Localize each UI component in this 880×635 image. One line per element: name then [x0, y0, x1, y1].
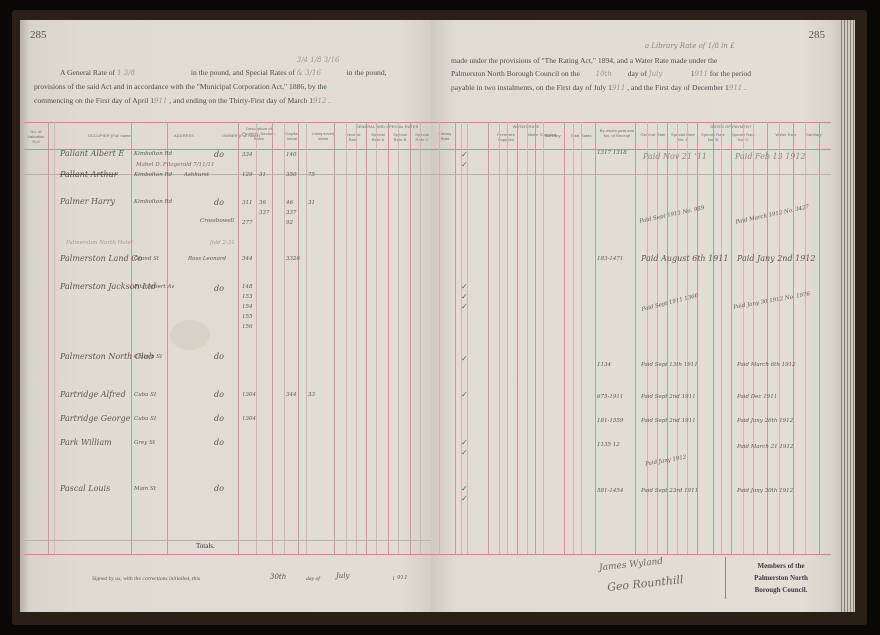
- cell-value: 140: [286, 152, 297, 158]
- address: Grey St: [134, 440, 155, 446]
- heading-text: for the period: [710, 69, 751, 78]
- cell-value: 148: [242, 284, 253, 290]
- payment-date-second: Paid Jany 26th 1912: [737, 418, 793, 424]
- col-line: [543, 122, 544, 555]
- address: Kimbolton Rd: [134, 199, 172, 205]
- check-mark-icon: ✓: [461, 390, 468, 399]
- cell-value: 33: [308, 392, 315, 398]
- payment-date-first: Paid Nov 21 '11: [643, 152, 707, 161]
- heading-text: payable in two instalments, on the First…: [451, 83, 612, 92]
- payment-date-second: Paid March 1912 No. 3427: [735, 204, 810, 225]
- cell-value: 344: [286, 392, 297, 398]
- check-mark-icon: ✓: [461, 484, 468, 493]
- row-separator: [24, 540, 431, 541]
- instalment-1-year: 911: [612, 84, 625, 92]
- members-text: Members of the Palmerston North Borough …: [731, 560, 831, 596]
- address: Cuba St: [134, 392, 156, 398]
- year-end-value: 912: [313, 97, 326, 105]
- col-line: [376, 122, 377, 555]
- general-rate-value: 1 3/8: [117, 67, 189, 80]
- payment-date-first: Paid Sept 23rd 1911: [641, 488, 698, 494]
- check-mark-icon: ✓: [461, 302, 468, 311]
- cell-value: 154: [242, 304, 253, 310]
- col-line: [298, 122, 299, 555]
- occupier-name: Pascal Louis: [60, 484, 110, 493]
- totals-line: [24, 554, 431, 555]
- owner-name: Ashhurst: [184, 172, 209, 178]
- row-note: fold 2-31: [210, 240, 235, 246]
- heading-text: in the pound, and Special Rates of: [191, 68, 295, 77]
- payment-date-second: Paid March 21 1912: [737, 444, 793, 450]
- left-column-header: No. of Valuation Roll OCCUPIER (Full nam…: [24, 122, 431, 150]
- cell-value: 46: [286, 200, 293, 206]
- col-header-special-b: Special Rate B: [390, 132, 410, 142]
- receipt-number: 1317 1318: [597, 150, 627, 156]
- col-header-pay-special-a: Special Rate No. A: [669, 132, 697, 142]
- cell-value: 337: [259, 210, 270, 216]
- members-line: Borough Council.: [731, 584, 831, 596]
- col-line: [499, 122, 500, 555]
- check-mark-icon: ✓: [461, 292, 468, 301]
- owner-name: Ross Leonard: [188, 256, 226, 262]
- owner-name: do: [214, 484, 224, 493]
- cell-value: 92: [286, 220, 293, 226]
- payment-date-first: Paid August 6th 1911: [641, 254, 728, 263]
- left-page: 285 A General Rate of 1 3/8 in the pound…: [20, 20, 431, 612]
- cell-value: 1304: [242, 392, 256, 398]
- col-line: [581, 122, 582, 555]
- occupier-name: Pallant Arthur: [60, 170, 118, 179]
- year-start-value: 911: [154, 97, 167, 105]
- address: Kimbolton Rd: [134, 172, 172, 178]
- payment-date-first: Paid Sept 1911 No. 989: [639, 205, 705, 225]
- paper-stain: [170, 320, 210, 350]
- signed-day-of: day of: [306, 576, 320, 582]
- address: Grand St: [134, 256, 159, 262]
- col-line: [595, 122, 596, 555]
- receipt-number: 675-1911: [597, 394, 623, 400]
- receipt-number: 1135 12: [597, 442, 620, 448]
- payment-date-second: Paid March 6th 1912: [737, 362, 796, 368]
- page-edges: [839, 20, 855, 612]
- col-line: [410, 122, 411, 555]
- col-line: [284, 122, 285, 555]
- col-line: [819, 122, 820, 555]
- signed-year-prefix: 1: [392, 576, 395, 582]
- col-line: [256, 122, 257, 555]
- heading-text: day of: [628, 69, 647, 78]
- special-rates-value: 3/4 1/8 3/16 & 3/16: [297, 54, 345, 80]
- signed-year: 911: [397, 575, 408, 581]
- payment-date-first: Paid Jany 1912: [645, 454, 687, 467]
- group-header-water: WATER RATE: [491, 124, 561, 129]
- instalment-2-year: 911: [729, 84, 742, 92]
- occupier-name: Palmerston Land Co: [60, 254, 142, 263]
- check-mark-icon: ✓: [461, 448, 468, 457]
- heading-text: commencing on the First day of April 1: [34, 96, 154, 105]
- receipt-number: 1134: [597, 362, 611, 368]
- cell-value: 75: [308, 172, 315, 178]
- col-line: [507, 122, 508, 555]
- cell-value: 3326: [286, 256, 300, 262]
- check-mark-icon: ✓: [461, 438, 468, 447]
- address: Cuba St: [134, 416, 156, 422]
- owner-name: do: [214, 150, 224, 159]
- address: Kimbolton Rd: [134, 151, 172, 157]
- right-heading: made under the provisions of "The Rating…: [451, 54, 821, 96]
- col-line: [48, 122, 49, 555]
- heading-text: Palmerston North Borough Council on the: [451, 69, 580, 78]
- heading-text: made under the provisions of "The Rating…: [451, 54, 821, 67]
- occupier-name: Palmer Harry: [60, 197, 115, 206]
- payment-date-first: Paid Sept 2nd 1911: [641, 394, 696, 400]
- col-line: [167, 122, 168, 555]
- right-page: 285 a Library Rate of 1/8 in £ made unde…: [431, 20, 839, 612]
- cell-value: 344: [242, 256, 253, 262]
- col-line: [439, 122, 440, 555]
- owner-name: do: [214, 352, 224, 361]
- col-line: [455, 122, 456, 555]
- rate-made-month: July: [649, 68, 689, 81]
- receipt-number: 183-1471: [597, 256, 623, 262]
- cell-value: 277: [242, 220, 253, 226]
- occupier-name: Pallant Albert E: [60, 149, 124, 158]
- col-line: [366, 122, 367, 555]
- col-line: [535, 122, 536, 555]
- cell-value: 1304: [242, 416, 256, 422]
- occupier-name: Palmerston North Hotel: [66, 240, 133, 246]
- occupier-name: Partridge George: [60, 414, 130, 423]
- heading-text: , and ending on the Thirty-First day of …: [169, 96, 313, 105]
- left-page-number: 285: [30, 29, 47, 41]
- col-line: [793, 122, 794, 555]
- cell-value: 31: [259, 172, 266, 178]
- payment-date-second: Paid Jany 30 1912 No. 1976: [733, 291, 811, 310]
- cell-value: 334: [242, 152, 253, 158]
- payment-date-second: Paid Feb 13 1912: [735, 152, 806, 161]
- cell-value: 31: [308, 200, 315, 206]
- cell-value: 129: [242, 172, 253, 178]
- check-mark-icon: ✓: [461, 282, 468, 291]
- occupier-name: Park William: [60, 438, 112, 447]
- heading-text: .: [744, 83, 746, 92]
- owner-name: do: [214, 198, 224, 207]
- signature-brace: [723, 557, 726, 599]
- owner-name: do: [214, 438, 224, 447]
- cell-value: 311: [242, 200, 253, 206]
- col-header-pay-water: Water Rate: [773, 132, 799, 137]
- col-line: [131, 122, 132, 555]
- rate-made-day: 10th: [582, 68, 626, 81]
- owner-name: Crossbowell: [200, 218, 234, 224]
- signature: Geo Rounthill: [607, 573, 685, 594]
- members-line: Members of the: [731, 560, 831, 572]
- col-header-occupier: OCCUPIER (Full name): [60, 133, 160, 138]
- payment-date-first: Paid Sept 1911 1366: [641, 293, 699, 313]
- rate-made-year: 911: [695, 70, 708, 78]
- receipt-number: 581-1454: [597, 488, 623, 494]
- cell-value: 156: [242, 324, 253, 330]
- row-note: Mabel D. Fitzgerald 7/11/11: [136, 162, 215, 168]
- signed-month: July: [336, 572, 350, 580]
- address: Main St: [134, 486, 156, 492]
- left-ledger-grid: No. of Valuation Roll OCCUPIER (Full nam…: [24, 122, 431, 555]
- col-line: [272, 122, 273, 555]
- owner-name: do: [214, 284, 224, 293]
- col-header-valuation: No. of Valuation Roll: [24, 129, 48, 144]
- col-line: [356, 122, 357, 555]
- payment-date-second: Paid Jany 2nd 1912: [737, 254, 815, 263]
- col-line: [805, 122, 806, 555]
- right-ledger-grid: Library Rate WATER RATE Premises Supplie…: [431, 122, 831, 555]
- row-separator: [431, 174, 831, 175]
- payment-date-second: Paid Jany 30th 1912: [737, 488, 793, 494]
- occupier-name: Partridge Alfred: [60, 390, 126, 399]
- col-line: [731, 122, 732, 555]
- col-header-description: Description of Property: Section, Block: [242, 126, 276, 141]
- col-line: [564, 122, 565, 555]
- check-mark-icon: ✓: [461, 354, 468, 363]
- col-line: [573, 122, 574, 555]
- totals-label: Totals.: [196, 542, 215, 550]
- col-line: [517, 122, 518, 555]
- col-line: [334, 122, 335, 555]
- col-line: [488, 122, 489, 555]
- right-column-header: Library Rate WATER RATE Premises Supplie…: [431, 122, 831, 150]
- col-header-special-c: Special Rate C: [412, 132, 431, 142]
- signed-text: Signed by us, with the corrections initi…: [92, 576, 200, 582]
- col-line: [527, 122, 528, 555]
- col-line: [388, 122, 389, 555]
- library-rate-annotation: a Library Rate of 1/8 in £: [645, 42, 735, 50]
- col-line: [346, 122, 347, 555]
- cell-value: 155: [242, 314, 253, 320]
- col-line: [54, 122, 55, 555]
- heading-text: A General Rate of: [60, 68, 115, 77]
- col-header-pay-general: General Rate: [639, 132, 667, 137]
- col-header-paid-by: By whom paid and No. of Receipt: [599, 128, 635, 138]
- owner-name: do: [214, 390, 224, 399]
- payment-date-second: Paid Dec 1911: [737, 394, 777, 400]
- check-mark-icon: ✓: [461, 150, 468, 159]
- payment-date-first: Paid Sept 13th 1911: [641, 362, 698, 368]
- cell-value: 337: [286, 210, 297, 216]
- right-page-number: 285: [809, 29, 826, 41]
- heading-text: provisions of the said Act and in accord…: [34, 80, 431, 93]
- cell-value: 350: [286, 172, 297, 178]
- col-line: [420, 122, 421, 555]
- col-line: [713, 122, 714, 555]
- col-line: [238, 122, 239, 555]
- address: Church St: [134, 354, 162, 360]
- members-line: Palmerston North: [731, 572, 831, 584]
- col-header-special-a: Special Rate A: [368, 132, 388, 142]
- col-line: [721, 122, 722, 555]
- signed-day: 30th: [270, 573, 286, 581]
- cell-value: 36: [259, 200, 266, 206]
- receipt-number: 181-1559: [597, 418, 623, 424]
- col-line: [306, 122, 307, 555]
- owner-name: do: [214, 414, 224, 423]
- heading-text: in the pound,: [347, 68, 387, 77]
- cell-value: 153: [242, 294, 253, 300]
- col-header-address: ADDRESS: [164, 133, 204, 138]
- totals-line: [431, 554, 831, 555]
- left-heading: A General Rate of 1 3/8 in the pound, an…: [34, 54, 431, 108]
- heading-text: .: [328, 96, 330, 105]
- col-line: [398, 122, 399, 555]
- check-mark-icon: ✓: [461, 494, 468, 503]
- signature: James Wyland: [599, 557, 664, 574]
- heading-text: , and the First day of December 1: [627, 83, 729, 92]
- address: Fitzherbert Av: [134, 284, 174, 290]
- col-line: [635, 122, 636, 555]
- check-mark-icon: ✓: [461, 160, 468, 169]
- payment-date-first: Paid Sept 2nd 1911: [641, 418, 696, 424]
